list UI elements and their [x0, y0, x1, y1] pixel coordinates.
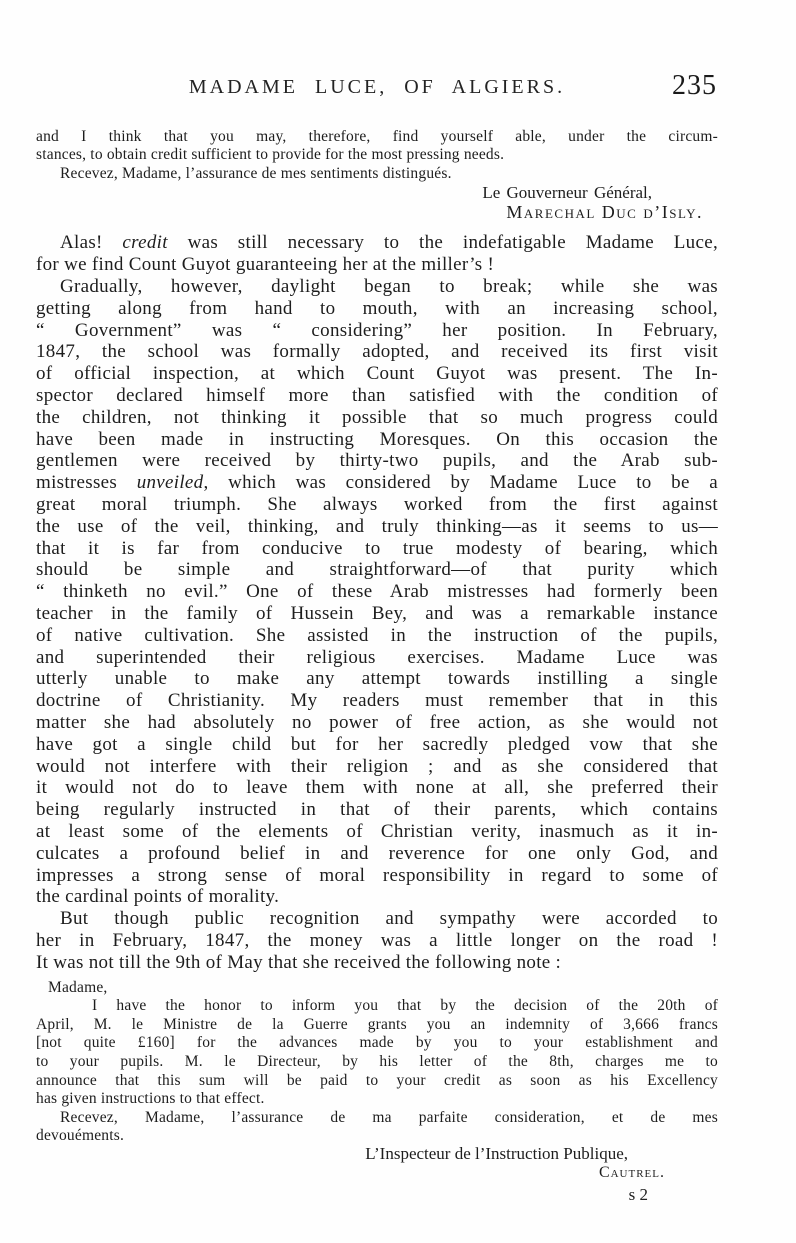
signoff-name: Marechal Duc d’Isly.	[36, 203, 718, 222]
text-line: teacher in the family of Hussein Bey, an…	[36, 603, 718, 625]
text-line: the children, not thinking it possible t…	[36, 407, 718, 429]
signature-mark: s 2	[36, 1185, 718, 1205]
text-line: Recevez, Madame, l’assurance de mes sent…	[36, 165, 718, 183]
text-line: spector declared himself more than satis…	[36, 385, 718, 407]
main-body-text: Alas! credit was still necessary to the …	[36, 232, 718, 973]
page-number: 235	[672, 70, 717, 102]
text-line: have got a single child but for her sacr…	[36, 734, 718, 756]
text-line: would not interfere with their religion …	[36, 756, 718, 778]
book-page: MADAME LUCE, OF ALGIERS. 235 and I think…	[0, 0, 796, 1243]
letter-salutation: Madame,	[36, 979, 718, 998]
text-line: and I think that you may, therefore, fin…	[36, 128, 718, 146]
text-line: and superintended their religious exerci…	[36, 647, 718, 669]
text-line: April, M. le Ministre de la Guerre grant…	[36, 1016, 718, 1035]
text-line: matter she had absolutely no power of fr…	[36, 712, 718, 734]
text-line: doctrine of Christianity. My readers mus…	[36, 690, 718, 712]
text-line: It was not till the 9th of May that she …	[36, 952, 718, 974]
text-line: Alas! credit was still necessary to the …	[36, 232, 718, 254]
text-line: [not quite £160] for the advances made b…	[36, 1034, 718, 1053]
text-line: of native cultivation. She assisted in t…	[36, 625, 718, 647]
signoff-name: Cautrel.	[36, 1163, 718, 1182]
text-line: “ Government” was “ considering” her pos…	[36, 320, 718, 342]
intro-letter-excerpt: and I think that you may, therefore, fin…	[36, 128, 718, 183]
closing-letter-body: I have the honor to inform you that by t…	[36, 997, 718, 1146]
intro-letter-signoff: Le Gouverneur Général, Marechal Duc d’Is…	[36, 184, 718, 222]
text-line: the use of the veil, thinking, and truly…	[36, 516, 718, 538]
signoff-role: Le Gouverneur Général,	[36, 184, 718, 203]
text-line: “ thinketh no evil.” One of these Arab m…	[36, 581, 718, 603]
text-line: her in February, 1847, the money was a l…	[36, 930, 718, 952]
text-line: culcates a profound belief in and revere…	[36, 843, 718, 865]
text-line: stances, to obtain credit sufficient to …	[36, 146, 718, 164]
running-title: MADAME LUCE, OF ALGIERS.	[36, 74, 718, 100]
text-line: of official inspection, at which Count G…	[36, 363, 718, 385]
text-line: But though public recognition and sympat…	[36, 908, 718, 930]
closing-letter: Madame, I have the honor to inform you t…	[36, 979, 718, 1146]
closing-letter-signoff: L’Inspecteur de l’Instruction Publique, …	[36, 1144, 718, 1182]
text-line: it would not do to leave them with none …	[36, 777, 718, 799]
text-line: Gradually, however, daylight began to br…	[36, 276, 718, 298]
signoff-role: L’Inspecteur de l’Instruction Publique,	[36, 1144, 718, 1163]
text-line: have been made in instructing Moresques.…	[36, 429, 718, 451]
text-line: the cardinal points of morality.	[36, 886, 718, 908]
text-line: getting along from hand to mouth, with a…	[36, 298, 718, 320]
text-line: for we find Count Guyot guaranteeing her…	[36, 254, 718, 276]
text-line: at least some of the elements of Christi…	[36, 821, 718, 843]
text-line: great moral triumph. She always worked f…	[36, 494, 718, 516]
text-line: that it is far from conducive to true mo…	[36, 538, 718, 560]
text-line: impresses a strong sense of moral respon…	[36, 865, 718, 887]
text-line: Recevez, Madame, l’assurance de ma parfa…	[36, 1109, 718, 1128]
page-header: MADAME LUCE, OF ALGIERS. 235	[36, 74, 718, 102]
text-line: has given instructions to that effect.	[36, 1090, 718, 1109]
text-line: utterly unable to make any attempt towar…	[36, 668, 718, 690]
text-line: mistresses unveiled, which was considere…	[36, 472, 718, 494]
text-line: should be simple and straightforward—of …	[36, 559, 718, 581]
text-line: 1847, the school was formally adopted, a…	[36, 341, 718, 363]
text-line: gentlemen were received by thirty-two pu…	[36, 450, 718, 472]
text-line: I have the honor to inform you that by t…	[36, 997, 718, 1016]
text-line: announce that this sum will be paid to y…	[36, 1072, 718, 1091]
text-line: to your pupils. M. le Directeur, by his …	[36, 1053, 718, 1072]
text-line: being regularly instructed in that of th…	[36, 799, 718, 821]
